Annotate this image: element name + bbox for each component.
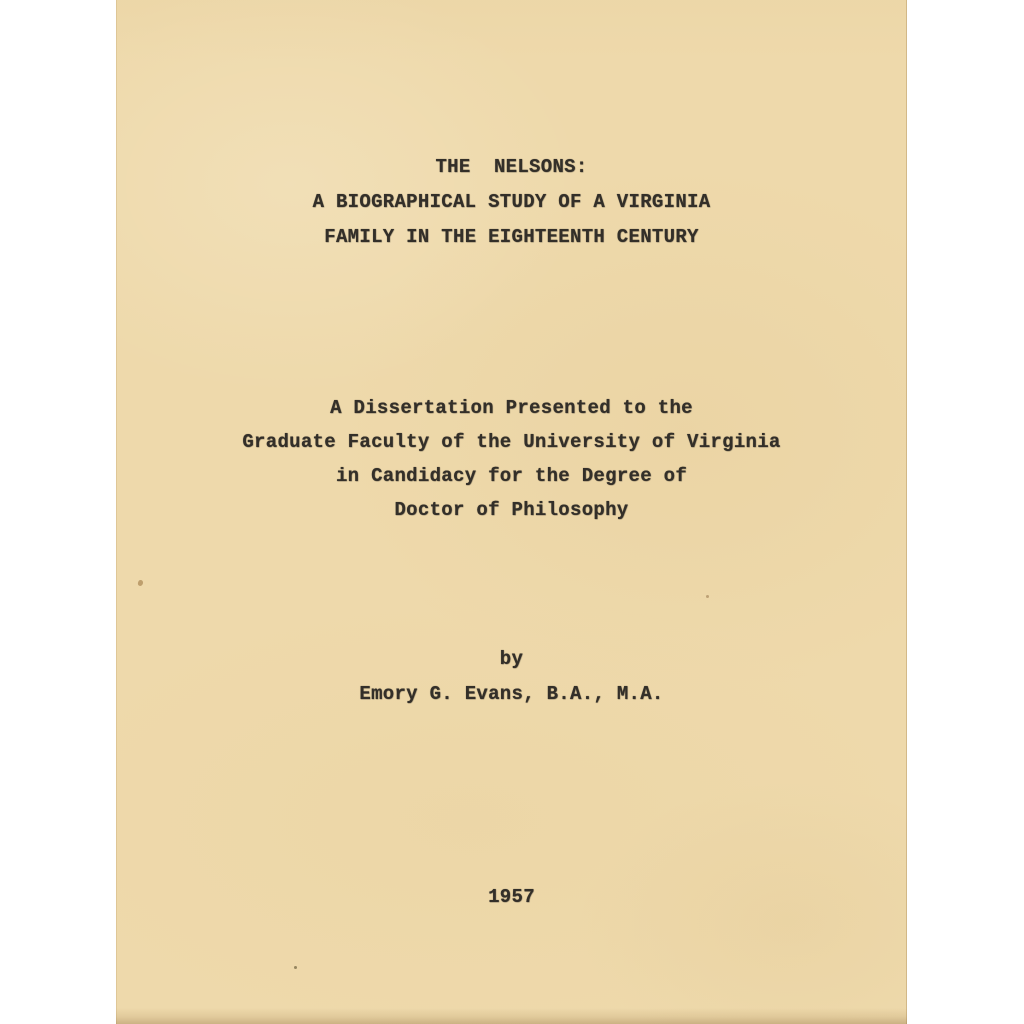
title-line-3: FAMILY IN THE EIGHTEENTH CENTURY [116, 220, 907, 255]
dissertation-statement-block: A Dissertation Presented to the Graduate… [116, 391, 907, 527]
dissertation-line-3: in Candidacy for the Degree of [116, 459, 907, 493]
title-line-2: A BIOGRAPHICAL STUDY OF A VIRGINIA [116, 185, 907, 220]
paper-speck [294, 966, 297, 969]
dissertation-line-2: Graduate Faculty of the University of Vi… [116, 425, 907, 459]
title-line-1: THE NELSONS: [116, 150, 907, 185]
paper-speck [706, 595, 709, 598]
dissertation-line-1: A Dissertation Presented to the [116, 391, 907, 425]
author-name: Emory G. Evans, B.A., M.A. [116, 677, 907, 712]
title-block: THE NELSONS: A BIOGRAPHICAL STUDY OF A V… [116, 150, 907, 255]
paper-speck [137, 579, 144, 587]
dissertation-line-4: Doctor of Philosophy [116, 493, 907, 527]
publication-year: 1957 [116, 880, 907, 914]
year-block: 1957 [116, 880, 907, 914]
by-label: by [116, 642, 907, 677]
author-block: by Emory G. Evans, B.A., M.A. [116, 642, 907, 712]
scan-background: THE NELSONS: A BIOGRAPHICAL STUDY OF A V… [0, 0, 1024, 1024]
title-page: THE NELSONS: A BIOGRAPHICAL STUDY OF A V… [116, 0, 907, 1024]
